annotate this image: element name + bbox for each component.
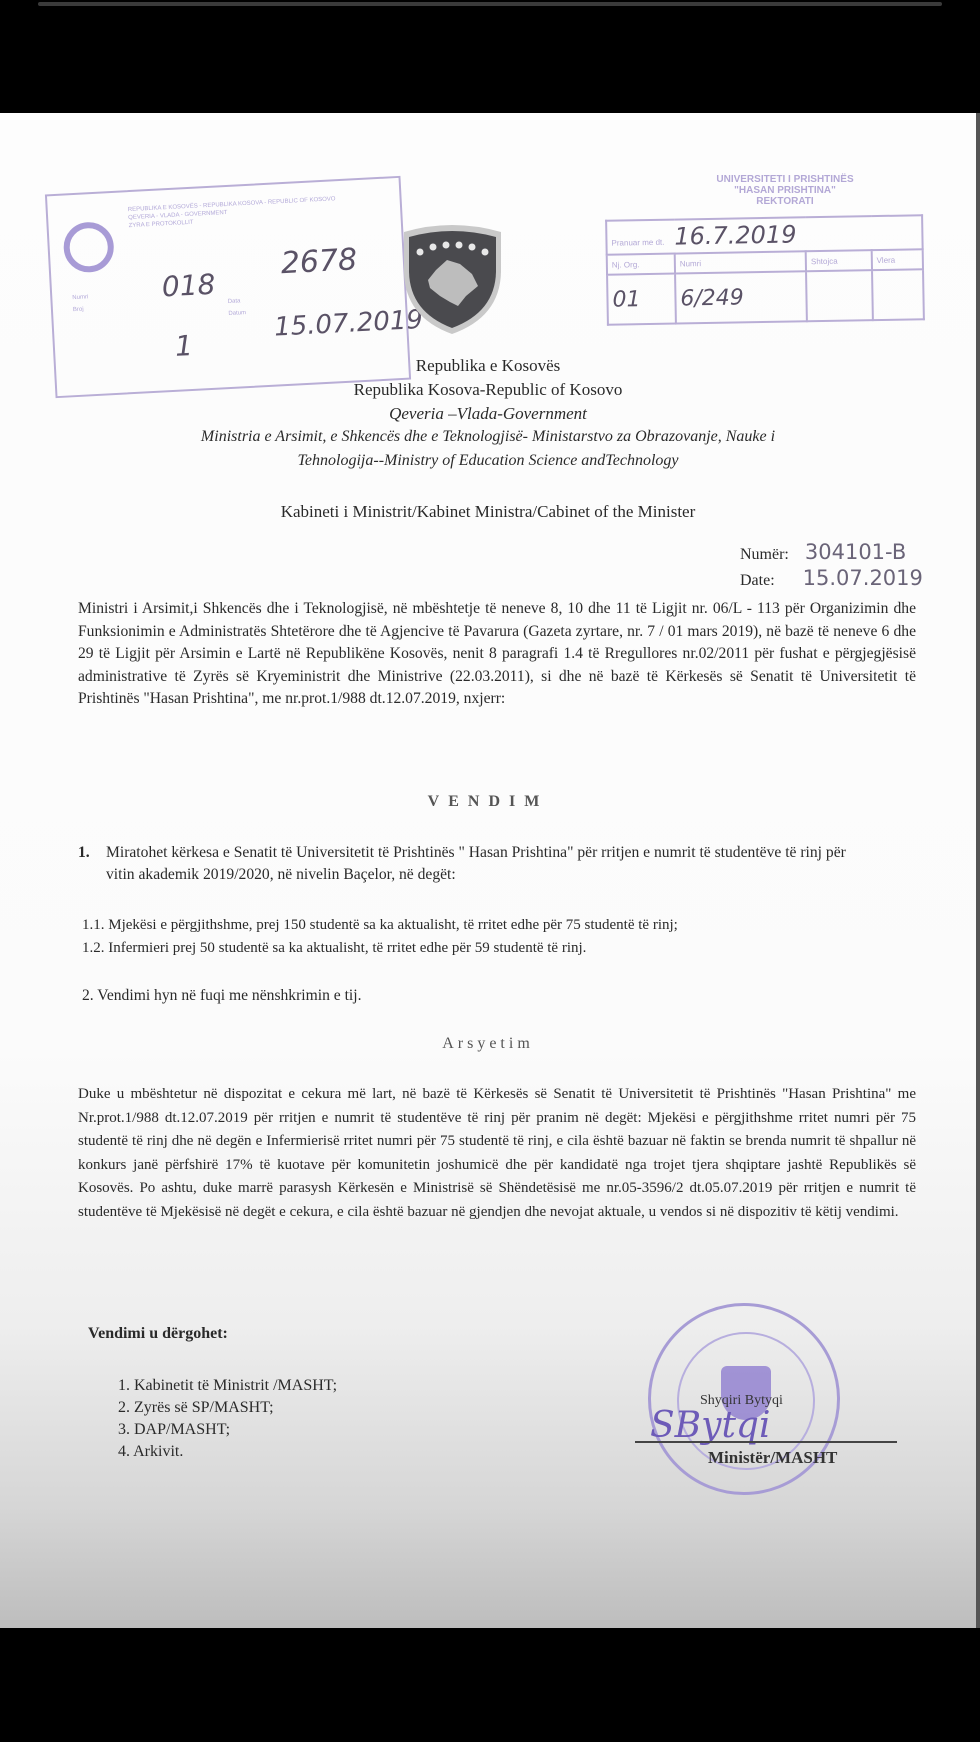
signature-line	[635, 1441, 897, 1443]
header-republic-multilingual: Republika Kosova-Republic of Kosovo	[0, 380, 976, 400]
top-black-bar	[0, 0, 980, 113]
preamble-paragraph: Ministri i Arsimit,i Shkencës dhe i Tekn…	[78, 598, 916, 711]
signature-scribble: SBytqi	[650, 1405, 770, 1446]
kosovo-coat-of-arms-icon	[400, 222, 505, 336]
bottom-black-bar	[0, 1628, 980, 1742]
distribution-title: Vendimi u dërgohet:	[88, 1323, 228, 1345]
decision-title: VENDIM	[0, 793, 976, 811]
distribution-list: 1. Kabinetit të Ministrit /MASHT; 2. Zyr…	[118, 1375, 337, 1463]
distribution-item: 2. Zyrës së SP/MASHT;	[118, 1397, 337, 1419]
decision-item-1-number: 1.	[78, 842, 90, 864]
reasoning-paragraph: Duke u mbështetur në dispozitat e cekura…	[78, 1083, 916, 1225]
header-government: Qeveria –Vlada-Government	[0, 404, 976, 424]
stamp-seal-icon	[62, 221, 115, 274]
header-ministry-en: Tehnologija--Ministry of Education Scien…	[0, 452, 976, 470]
signatory-title: Ministër/MASHT	[708, 1448, 837, 1468]
decision-sub-item-1-2: 1.2. Infermieri prej 50 studentë sa ka a…	[82, 937, 932, 959]
decision-sub-item-1-1: 1.1. Mjekësi e përgjithshme, prej 150 st…	[82, 914, 932, 936]
stamp-number-right: 2678	[280, 242, 358, 281]
stamp-table: Pranuar me dt.16.7.2019 Nj. Org. Numri S…	[605, 214, 925, 326]
header-cabinet: Kabineti i Ministrit/Kabinet Ministra/Ca…	[0, 502, 976, 522]
status-bar-line	[38, 2, 942, 6]
header-republic: Republika e Kosovës	[0, 356, 976, 376]
distribution-item: 3. DAP/MASHT;	[118, 1419, 337, 1441]
reference-number: Numër:304101-B	[740, 540, 906, 564]
stamp-number-left: 018	[161, 268, 216, 304]
stamp-header: REPUBLIKA E KOSOVËS - REPUBLIKA KOSOVA -…	[128, 193, 389, 231]
decision-item-1: Miratohet kërkesa e Senatit të Universit…	[106, 842, 866, 886]
university-received-stamp: UNIVERSITETI I PRISHTINËS "HASAN PRISHTI…	[600, 170, 930, 330]
reasoning-title: Arsyetim	[0, 1035, 976, 1053]
distribution-item: 1. Kabinetit të Ministrit /MASHT;	[118, 1375, 337, 1397]
reference-date: Date:15.07.2019	[740, 566, 923, 590]
distribution-item: 4. Arkivit.	[118, 1441, 337, 1463]
university-stamp-title: UNIVERSITETI I PRISHTINËS "HASAN PRISHTI…	[660, 174, 910, 207]
received-date: 16.7.2019	[674, 220, 797, 250]
header-ministry: Ministria e Arsimit, e Shkencës dhe e Te…	[0, 428, 976, 446]
decision-item-2: 2. Vendimi hyn në fuqi me nënshkrimin e …	[82, 985, 782, 1007]
